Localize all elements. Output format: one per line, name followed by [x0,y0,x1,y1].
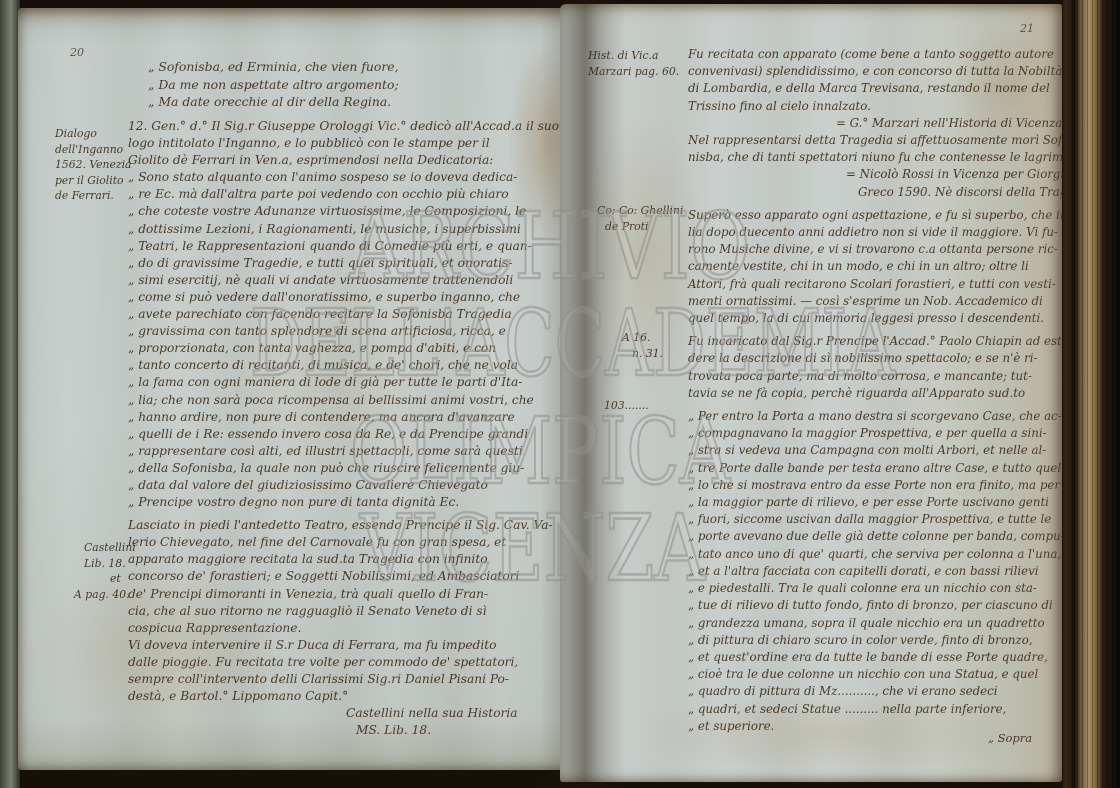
manuscript-line: „ hanno ardire, non pure di contendere, … [128,409,583,426]
manuscript-line: „ tre Porte dalle bande per testa erano … [688,460,1062,477]
manuscript-line: camente vestite, chi in un modo, e chi i… [688,258,1062,275]
manuscript-line: „ do di gravissime Tragedie, e tutti que… [128,255,583,272]
manuscript-line: trovata poca parte, ma di molto corrosa,… [688,368,1062,385]
manuscript-line: logo intitolato l'Inganno, e lo pubblicò… [128,135,583,152]
manuscript-line: „ data dal valore del giudiziosissimo Ca… [128,477,583,494]
manuscript-line: „ tato anco uno di que' quarti, che serv… [688,546,1062,563]
manuscript-line: Castellini nella sua Historia [346,705,583,722]
left-page-body-text: 12. Gen.° d.° Il Sig.r Giuseppe Orologgi… [128,118,583,739]
manuscript-line: „ gravissima con tanto splendore di scen… [128,323,583,340]
margin-note-line: 103....... [604,398,694,414]
manuscript-line: Nel rappresentarsi detta Tragedia si aff… [688,132,1062,149]
manuscript-line: di Lombardia, e della Marca Trevisana, r… [688,80,1062,97]
margin-note-line: Co: Co: Ghellini [597,203,697,219]
manuscript-line: „ la maggior parte di rilievo, e per ess… [688,494,1062,511]
manuscript-line: „ quelli de i Re: essendo invero cosa da… [128,426,583,443]
margin-note-line: Hist. di Vic.a [588,48,688,64]
manuscript-line: concorso de' forastieri; e Soggetti Nobi… [128,568,583,585]
verse-line: „ Da me non aspettate altro argomento; [148,76,578,94]
manuscript-line: „ di pittura di chiaro scuro in color ve… [688,632,1062,649]
manuscript-line: rono Musiche divine, e vi si trovarono c… [688,241,1062,258]
manuscript-line: „ stra si vedeva una Campagna con molti … [688,442,1062,459]
margin-note-line: de Proti [605,219,697,235]
manuscript-line: quel tempo, la di cui memoria leggesi pr… [688,310,1062,327]
right-page: 21 Hist. di Vic.aMarzari pag. 60. Co: Co… [560,4,1062,782]
manuscript-line: Fu recitata con apparato (come bene a ta… [688,46,1062,63]
manuscript-line: de' Prencipi dimoranti in Venezia, trà q… [128,586,583,603]
manuscript-line: dalle pioggie. Fu recitata tre volte per… [128,654,583,671]
page-edge-stack [1062,0,1120,788]
manuscript-line: „ che coteste vostre Adunanze virtuosiss… [128,203,583,220]
verse-line: „ Sofonisba, ed Erminia, che vien fuore, [148,58,578,76]
manuscript-line: Attori, frà quali recitarono Scolari for… [688,276,1062,293]
manuscript-line: „ et quest'ordine era da tutte le bande … [688,649,1062,666]
manuscript-line: „ fuori, siccome uscivan dalla maggior P… [688,511,1062,528]
manuscript-line: „ la fama con ogni maniera di lode di gi… [128,374,583,391]
manuscript-line: „ lia; che non sarà poca ricompensa ai b… [128,392,583,409]
manuscript-line: 12. Gen.° d.° Il Sig.r Giuseppe Orologgi… [128,118,583,135]
manuscript-line: lerio Chievegato, nel fine del Carnovale… [128,534,583,551]
manuscript-line: „ porte avevano due delle già dette colo… [688,528,1062,545]
manuscript-line: dere la descrizione di sì nobilissimo sp… [688,350,1062,367]
manuscript-line: „ e piedestalli. Tra le quali colonne er… [688,580,1062,597]
manuscript-line: „ dottissime Lezioni, i Ragionamenti, le… [128,221,583,238]
manuscript-line: destà, e Bartol.° Lippomano Capit.° [128,688,583,705]
margin-note-ghellini: Co: Co: Ghellinide Proti [597,203,697,234]
manuscript-line: Fu incaricato dal Sig.r Prencipe l'Accad… [688,333,1062,350]
left-page: 20 „ Sofonisba, ed Erminia, che vien fuo… [18,8,584,770]
manuscript-line: „ Teatri, le Rappresentazioni quando di … [128,238,583,255]
manuscript-line: „ Per entro la Porta a mano destra si sc… [688,408,1062,425]
manuscript-line: sempre coll'intervento delli Clarissimi … [128,671,583,688]
manuscript-line: Giolito dè Ferrari in Ven.a, esprimendos… [128,152,583,169]
margin-note-103: 103....... [604,398,694,414]
manuscript-line: apparato maggiore recitata la sud.ta Tra… [128,551,583,568]
left-page-edge-backing [0,0,20,788]
manuscript-line: Trissino fino al cielo innalzato. [688,98,1062,115]
manuscript-line: Superò esso apparato ogni aspettazione, … [688,207,1062,224]
manuscript-line: Lasciato in piedi l'antedetto Teatro, es… [128,517,583,534]
manuscript-line: „ grandezza umana, sopra il quale nicchi… [688,615,1062,632]
manuscript-line: cia, che al suo ritorno ne ragguagliò il… [128,603,583,620]
catchword-sopra: „ Sopra [988,731,1032,745]
manuscript-line: Vi doveva intervenire il S.r Duca di Fer… [128,637,583,654]
right-page-body-text: Fu recitata con apparato (come bene a ta… [688,46,1062,735]
manuscript-line: = Nicolò Rossi in Vicenza per Giorgio [846,166,1062,183]
manuscript-line: „ quadro di pittura di Mz.........., che… [688,683,1062,700]
manuscript-line: „ cioè tra le due colonne un nicchio con… [688,666,1062,683]
manuscript-line: „ proporzionata, con tanta vaghezza, e p… [128,340,583,357]
right-page-number: 21 [1020,22,1034,35]
manuscript-line: „ lo che si mostrava entro da esse Porte… [688,477,1062,494]
manuscript-line: menti ornatissimi. — così s'esprime un N… [688,293,1062,310]
manuscript-line: „ compagnavano la maggior Prospettiva, e… [688,425,1062,442]
manuscript-scan: 20 „ Sofonisba, ed Erminia, che vien fuo… [0,0,1120,788]
manuscript-line: tavia se ne fà copia, perchè riguarda al… [688,385,1062,402]
verse-line: „ Ma date orecchie al dir della Regina. [148,93,578,111]
manuscript-line: „ come si può vedere dall'onoratissimo, … [128,289,583,306]
manuscript-line: cospicua Rappresentazione. [128,620,583,637]
manuscript-line: „ tue di rilievo di tutto fondo, finto d… [688,597,1062,614]
manuscript-line: „ Prencipe vostro degno non pure di tant… [128,494,583,511]
manuscript-line: MS. Lib. 18. [356,722,583,739]
manuscript-line: „ et a l'altra facciata con capitelli do… [688,563,1062,580]
margin-note-marzari: Hist. di Vic.aMarzari pag. 60. [588,48,688,79]
manuscript-line: „ simi esercitij, nè quali vi andate vir… [128,272,583,289]
left-page-number: 20 [70,46,84,59]
manuscript-line: „ quadri, et sedeci Statue ......... nel… [688,701,1062,718]
manuscript-line: Greco 1590. Nè discorsi della Tragedia. [858,184,1062,201]
manuscript-line: „ Sono stato alquanto con l'animo sospes… [128,169,583,186]
manuscript-line: = G.° Marzari nell'Historia di Vicenza [836,115,1062,132]
manuscript-line: „ della Sofonisba, la quale non può che … [128,460,583,477]
margin-note-line: Marzari pag. 60. [588,64,688,80]
manuscript-line: nisba, che di tanti spettatori niuno fu … [688,149,1062,166]
manuscript-line: convenivasi) splendidissimo, e con conco… [688,63,1062,80]
manuscript-line: „ rappresentare così alti, ed illustri s… [128,443,583,460]
manuscript-line: „ re Ec. mà dall'altra parte poi vedendo… [128,186,583,203]
manuscript-line: lia dopo duecento anni addietro non si v… [688,224,1062,241]
opening-verse-quote: „ Sofonisba, ed Erminia, che vien fuore,… [148,58,578,111]
manuscript-line: „ tanto concerto di recitanti, di musica… [128,357,583,374]
manuscript-line: „ avete parechiato con facendo recitare … [128,306,583,323]
